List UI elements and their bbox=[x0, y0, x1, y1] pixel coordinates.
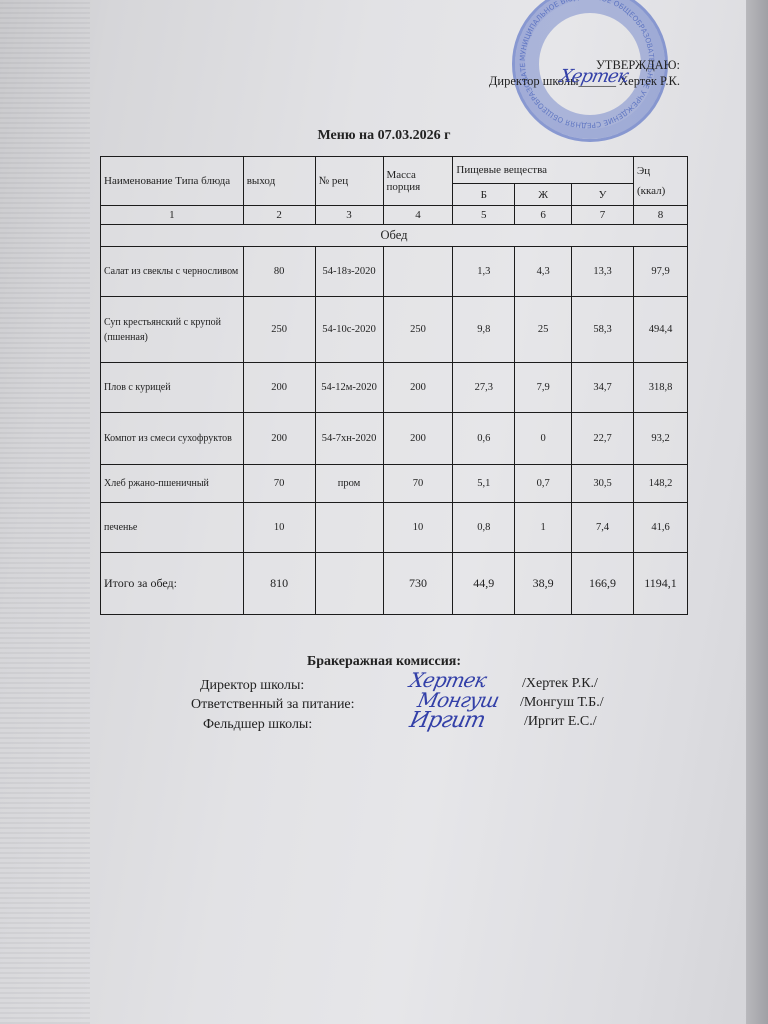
index-cell: 8 bbox=[634, 206, 688, 225]
paper-texture bbox=[0, 0, 90, 1024]
dish-fat: 4,3 bbox=[515, 247, 572, 297]
header-recipe: № рец bbox=[315, 157, 383, 206]
header-row: Наименование Типа блюда выход № рец Масс… bbox=[101, 157, 688, 184]
page-title: Меню на 07.03.2026 г bbox=[0, 128, 768, 144]
total-recipe bbox=[315, 553, 383, 615]
member-signature: Иргит bbox=[407, 708, 487, 733]
dish-protein: 1,3 bbox=[453, 247, 515, 297]
member-role: Ответственный за питание: bbox=[191, 697, 355, 713]
column-index-row: 1 2 3 4 5 6 7 8 bbox=[101, 206, 688, 225]
index-cell: 5 bbox=[453, 206, 515, 225]
total-carbs: 166,9 bbox=[572, 553, 634, 615]
dish-protein: 0,8 bbox=[453, 503, 515, 553]
dish-fat: 7,9 bbox=[515, 363, 572, 413]
dish-energy: 494,4 bbox=[634, 297, 688, 363]
dish-name: Компот из смеси сухофруктов bbox=[101, 413, 244, 465]
dish-name: Плов с курицей bbox=[101, 363, 244, 413]
table-row: Плов с курицей20054-12м-202020027,37,934… bbox=[101, 363, 688, 413]
header-output: выход bbox=[243, 157, 315, 206]
member-role: Фельдшер школы: bbox=[203, 717, 312, 733]
total-fat: 38,9 bbox=[515, 553, 572, 615]
dish-name: Салат из свеклы с черносливом bbox=[101, 247, 244, 297]
dish-carbs: 30,5 bbox=[572, 465, 634, 503]
commission-title: Бракеражная комиссия: bbox=[0, 654, 768, 670]
dish-fat: 25 bbox=[515, 297, 572, 363]
total-energy: 1194,1 bbox=[634, 553, 688, 615]
member-name: /Иргит Е.С./ bbox=[524, 714, 597, 730]
dish-mass: 70 bbox=[383, 465, 453, 503]
member-role: Директор школы: bbox=[200, 678, 304, 694]
dish-mass: 10 bbox=[383, 503, 453, 553]
index-cell: 7 bbox=[572, 206, 634, 225]
member-name: /Хертек Р.К./ bbox=[522, 676, 598, 692]
dish-name: Хлеб ржано-пшеничный bbox=[101, 465, 244, 503]
dish-mass: 200 bbox=[383, 363, 453, 413]
table-row: Хлеб ржано-пшеничный70пром705,10,730,514… bbox=[101, 465, 688, 503]
dish-carbs: 58,3 bbox=[572, 297, 634, 363]
table-row: Суп крестьянский с крупой (пшенная)25054… bbox=[101, 297, 688, 363]
dish-carbs: 22,7 bbox=[572, 413, 634, 465]
dish-recipe bbox=[315, 503, 383, 553]
dish-mass: 250 bbox=[383, 297, 453, 363]
dish-name: печенье bbox=[101, 503, 244, 553]
total-protein: 44,9 bbox=[453, 553, 515, 615]
header-protein: Б bbox=[453, 184, 515, 206]
table-row: Салат из свеклы с черносливом8054-18з-20… bbox=[101, 247, 688, 297]
dish-protein: 9,8 bbox=[453, 297, 515, 363]
total-label: Итого за обед: bbox=[101, 553, 244, 615]
dish-output: 200 bbox=[243, 413, 315, 465]
dish-name: Суп крестьянский с крупой (пшенная) bbox=[101, 297, 244, 363]
dish-carbs: 7,4 bbox=[572, 503, 634, 553]
table-row: Компот из смеси сухофруктов20054-7хн-202… bbox=[101, 413, 688, 465]
dish-protein: 5,1 bbox=[453, 465, 515, 503]
total-row: Итого за обед: 810 730 44,9 38,9 166,9 1… bbox=[101, 553, 688, 615]
header-energy-label: Эц bbox=[637, 165, 684, 177]
dish-carbs: 13,3 bbox=[572, 247, 634, 297]
header-carbs: У bbox=[572, 184, 634, 206]
dish-recipe: 54-10с-2020 bbox=[315, 297, 383, 363]
dish-recipe: 54-18з-2020 bbox=[315, 247, 383, 297]
dish-fat: 0 bbox=[515, 413, 572, 465]
dish-energy: 97,9 bbox=[634, 247, 688, 297]
dish-recipe: 54-7хн-2020 bbox=[315, 413, 383, 465]
section-row: Обед bbox=[101, 225, 688, 247]
member-name: /Монгуш Т.Б./ bbox=[520, 695, 604, 711]
dish-mass: 200 bbox=[383, 413, 453, 465]
dish-output: 10 bbox=[243, 503, 315, 553]
header-energy-unit: (ккал) bbox=[637, 185, 684, 197]
header-name: Наименование Типа блюда bbox=[101, 157, 244, 206]
header-energy: Эц (ккал) bbox=[634, 157, 688, 206]
dish-recipe: 54-12м-2020 bbox=[315, 363, 383, 413]
section-title: Обед bbox=[101, 225, 688, 247]
table-row: печенье10100,817,441,6 bbox=[101, 503, 688, 553]
index-cell: 2 bbox=[243, 206, 315, 225]
menu-table: Наименование Типа блюда выход № рец Масс… bbox=[100, 156, 688, 615]
dish-output: 70 bbox=[243, 465, 315, 503]
index-cell: 1 bbox=[101, 206, 244, 225]
index-cell: 3 bbox=[315, 206, 383, 225]
index-cell: 6 bbox=[515, 206, 572, 225]
total-mass: 730 bbox=[383, 553, 453, 615]
dish-energy: 93,2 bbox=[634, 413, 688, 465]
paper-edge bbox=[746, 0, 768, 1024]
dish-recipe: пром bbox=[315, 465, 383, 503]
index-cell: 4 bbox=[383, 206, 453, 225]
dish-energy: 41,6 bbox=[634, 503, 688, 553]
dish-mass bbox=[383, 247, 453, 297]
total-output: 810 bbox=[243, 553, 315, 615]
dish-output: 80 bbox=[243, 247, 315, 297]
dish-output: 250 bbox=[243, 297, 315, 363]
dish-fat: 0,7 bbox=[515, 465, 572, 503]
dish-energy: 148,2 bbox=[634, 465, 688, 503]
dish-protein: 0,6 bbox=[453, 413, 515, 465]
dish-carbs: 34,7 bbox=[572, 363, 634, 413]
dish-fat: 1 bbox=[515, 503, 572, 553]
director-approval-signature: Хертек bbox=[558, 66, 630, 87]
dish-energy: 318,8 bbox=[634, 363, 688, 413]
dish-protein: 27,3 bbox=[453, 363, 515, 413]
header-fat: Ж bbox=[515, 184, 572, 206]
header-mass: Масса порция bbox=[383, 157, 453, 206]
dish-output: 200 bbox=[243, 363, 315, 413]
header-nutrients: Пищевые вещества bbox=[453, 157, 634, 184]
